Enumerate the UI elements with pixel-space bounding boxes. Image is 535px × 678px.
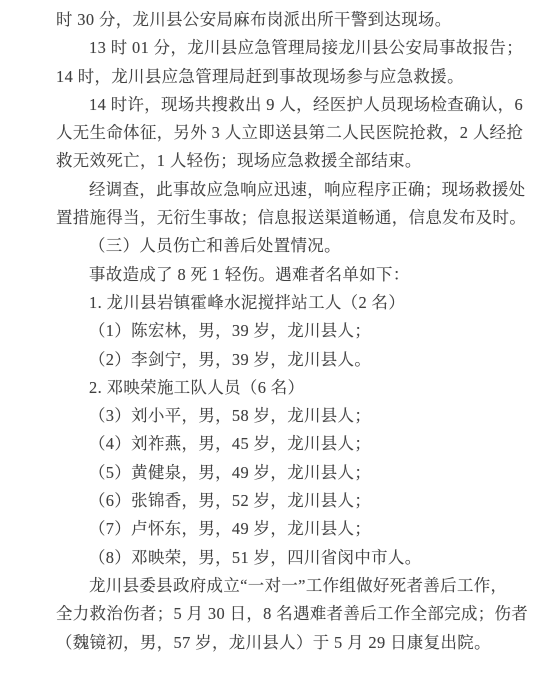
text-line: 救无效死亡，1 人轻伤；现场应急救援全部结束。 [56, 147, 495, 175]
text-line: （3）刘小平，男，58 岁，龙川县人； [56, 402, 495, 430]
text-line: （5）黄健泉，男，49 岁，龙川县人； [56, 459, 495, 487]
text-line: 全力救治伤者；5 月 30 日，8 名遇难者善后工作全部完成；伤者 [56, 600, 495, 628]
document-page: 时 30 分，龙川县公安局麻布岗派出所干警到达现场。13 时 01 分，龙川县应… [0, 0, 535, 678]
text-line: （2）李剑宁，男，39 岁，龙川县人。 [56, 346, 495, 374]
text-line: 人无生命体征，另外 3 人立即送县第二人民医院抢救，2 人经抢 [56, 119, 495, 147]
text-line: 事故造成了 8 死 1 轻伤。遇难者名单如下： [56, 261, 495, 289]
text-line: 龙川县委县政府成立“一对一”工作组做好死者善后工作， [56, 572, 495, 600]
text-line: （7）卢怀东，男，49 岁，龙川县人； [56, 515, 495, 543]
text-line: 13 时 01 分，龙川县应急管理局接龙川县公安局事故报告； [56, 34, 495, 62]
text-line: 置措施得当，无衍生事故；信息报送渠道畅通，信息发布及时。 [56, 204, 495, 232]
text-line: 时 30 分，龙川县公安局麻布岗派出所干警到达现场。 [56, 6, 495, 34]
text-line: （6）张锦香，男，52 岁，龙川县人； [56, 487, 495, 515]
text-line: 14 时，龙川县应急管理局赶到事故现场参与应急救援。 [56, 63, 495, 91]
text-line: 2. 邓映荣施工队人员（6 名） [56, 374, 495, 402]
text-line: 1. 龙川县岩镇霍峰水泥搅拌站工人（2 名） [56, 289, 495, 317]
text-line: 经调查，此事故应急响应迅速，响应程序正确；现场救援处 [56, 176, 495, 204]
text-line: （8）邓映荣，男，51 岁，四川省闵中市人。 [56, 544, 495, 572]
text-line: （4）刘祚燕，男，45 岁，龙川县人； [56, 430, 495, 458]
text-line: （魏镜初，男，57 岁，龙川县人）于 5 月 29 日康复出院。 [56, 629, 495, 657]
section-heading: （三）人员伤亡和善后处置情况。 [56, 232, 495, 260]
document-lines: 时 30 分，龙川县公安局麻布岗派出所干警到达现场。13 时 01 分，龙川县应… [56, 6, 495, 657]
text-line: 14 时许，现场共搜救出 9 人，经医护人员现场检查确认，6 [56, 91, 495, 119]
text-line: （1）陈宏林，男，39 岁，龙川县人； [56, 317, 495, 345]
